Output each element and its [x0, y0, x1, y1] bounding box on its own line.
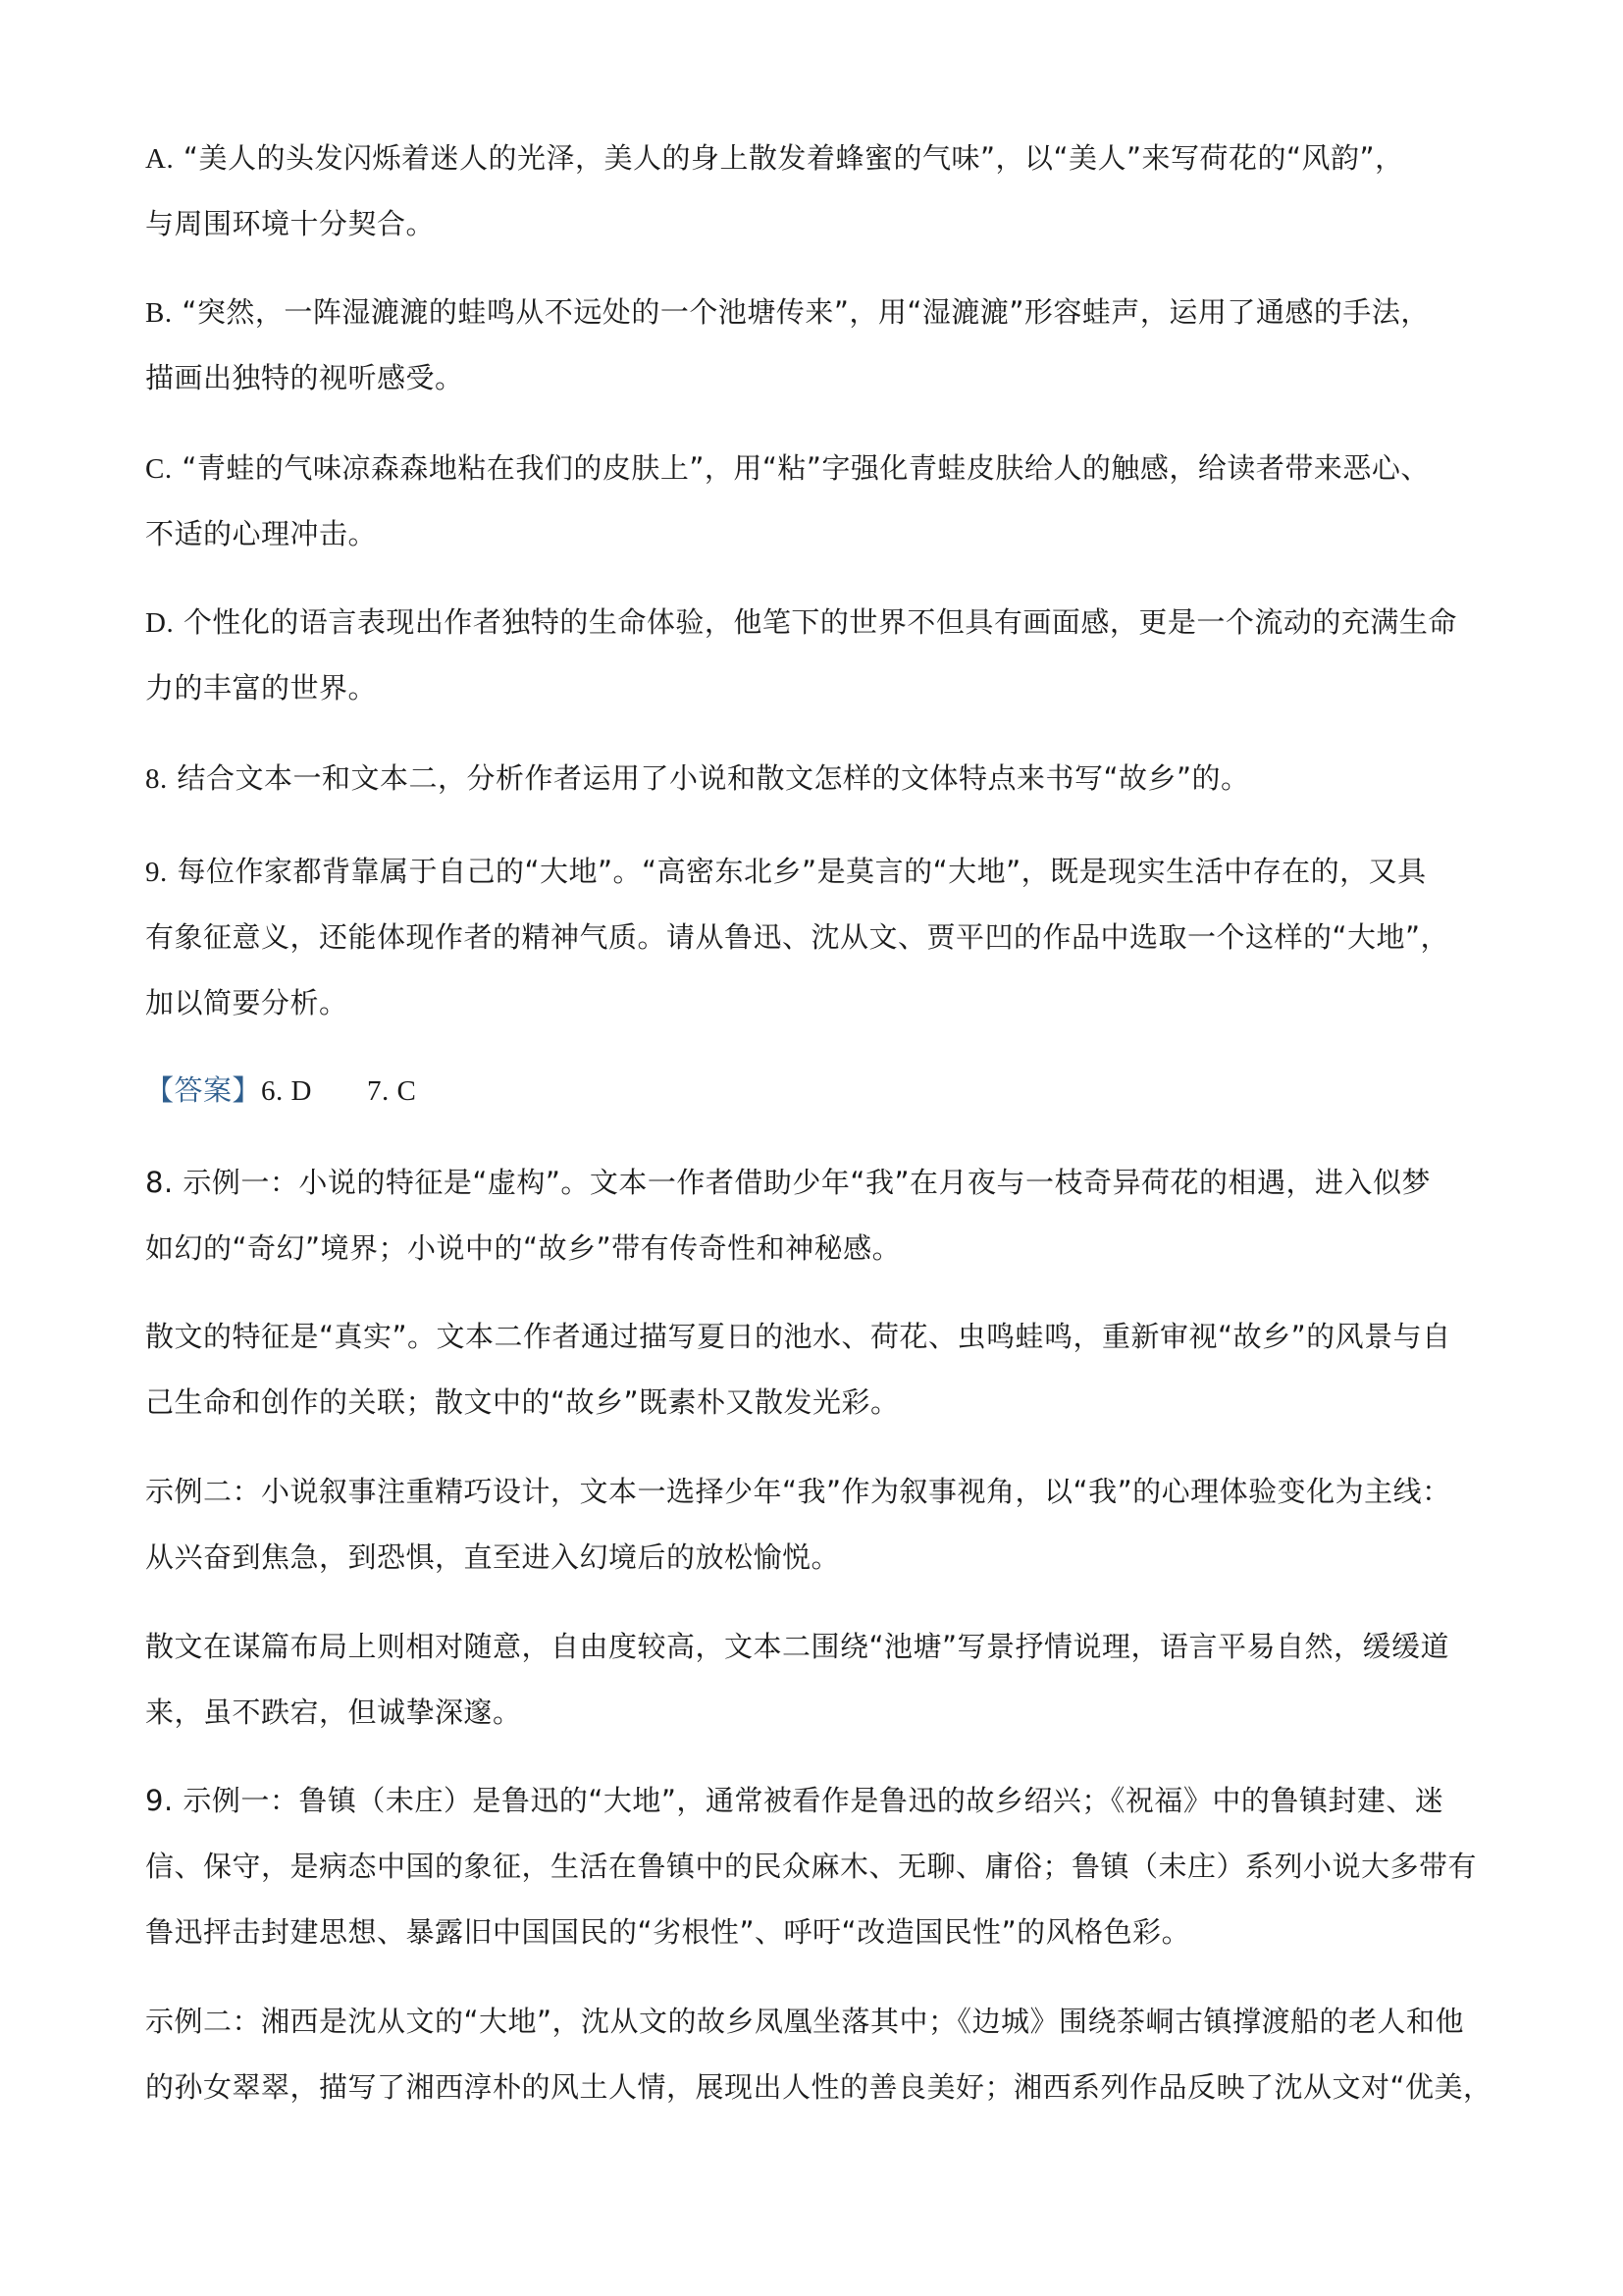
option-text: 个性化的语言表现出作者独特的生命体验，他笔下的世界不但具有画面感，更是一个流动的…: [183, 605, 1457, 639]
question-number: 8.: [145, 763, 168, 795]
explanation-8-prose-layout: 散文在谋篇布局上则相对随意，自由度较高，文本二围绕“池塘”写景抒情说理，语言平易…: [145, 1614, 1490, 1746]
answer-tag: 【答案】: [145, 1073, 261, 1107]
explanation-line: 8. 示例一：小说的特征是“虚构”。文本一作者借助少年“我”在月夜与一枝奇异荷花…: [145, 1150, 1490, 1216]
option-label: A.: [145, 143, 174, 175]
option-label: C.: [145, 453, 173, 485]
question-text: 每位作家都背靠属于自己的“大地”。“高密东北乡”是莫言的“大地”，既是现实生活中…: [177, 855, 1426, 888]
answer-item-6: 6. D: [261, 1075, 312, 1107]
answer-section: 【答案】6. D7. C: [145, 1058, 1490, 1123]
explanation-8-prose: 散文的特征是“真实”。文本二作者通过描写夏日的池水、荷花、虫鸣蛙鸣，重新审视“故…: [145, 1304, 1490, 1435]
explanation-line: 示例二：湘西是沈从文的“大地”，沈从文的故乡凤凰坐落其中；《边城》围绕茶峒古镇撑…: [145, 1989, 1490, 2055]
option-c: C. “青蛙的气味凉森森地粘在我们的皮肤上”，用“粘”字强化青蛙皮肤给人的触感，…: [145, 436, 1490, 567]
answer-item-7: 7. C: [367, 1075, 416, 1107]
question-text: 结合文本一和文本二，分析作者运用了小说和散文怎样的文体特点来书写“故乡”的。: [177, 761, 1249, 795]
option-b-line-2: 描画出独特的视听感受。: [145, 345, 1490, 411]
explanation-line: 己生命和创作的关联；散文中的“故乡”既素朴又散发光彩。: [145, 1370, 1490, 1435]
option-d-line-2: 力的丰富的世界。: [145, 655, 1490, 721]
explanation-line: 信、保守，是病态中国的象征，生活在鲁镇中的民众麻木、无聊、庸俗；鲁镇（未庄）系列…: [145, 1834, 1490, 1900]
question-number: 9.: [145, 857, 168, 888]
option-label: D.: [145, 607, 174, 639]
option-a-line-1: A. “美人的头发闪烁着迷人的光泽，美人的身上散发着蜂蜜的气味”，以“美人”来写…: [145, 126, 1490, 191]
option-c-line-2: 不适的心理冲击。: [145, 501, 1490, 567]
explanation-line: 来，虽不跌宕，但诚挚深邃。: [145, 1680, 1490, 1746]
explanation-line: 9. 示例一：鲁镇（未庄）是鲁迅的“大地”，通常被看作是鲁迅的故乡绍兴；《祝福》…: [145, 1768, 1490, 1834]
option-text: “青蛙的气味凉森森地粘在我们的皮肤上”，用“粘”字强化青蛙皮肤给人的触感，给读者…: [182, 451, 1430, 485]
option-d-line-1: D. 个性化的语言表现出作者独特的生命体验，他笔下的世界不但具有画面感，更是一个…: [145, 590, 1490, 655]
explanation-8-example-2: 示例二：小说叙事注重精巧设计，文本一选择少年“我”作为叙事视角，以“我”的心理体…: [145, 1459, 1490, 1591]
option-d: D. 个性化的语言表现出作者独特的生命体验，他笔下的世界不但具有画面感，更是一个…: [145, 590, 1490, 721]
option-label: B.: [145, 297, 173, 329]
question-8-line-1: 8. 结合文本一和文本二，分析作者运用了小说和散文怎样的文体特点来书写“故乡”的…: [145, 746, 1490, 811]
option-a-line-2: 与周围环境十分契合。: [145, 191, 1490, 257]
explanation-line: 如幻的“奇幻”境界；小说中的“故乡”带有传奇性和神秘感。: [145, 1216, 1490, 1281]
explanation-8-example-1: 8. 示例一：小说的特征是“虚构”。文本一作者借助少年“我”在月夜与一枝奇异荷花…: [145, 1150, 1490, 1281]
option-a: A. “美人的头发闪烁着迷人的光泽，美人的身上散发着蜂蜜的气味”，以“美人”来写…: [145, 126, 1490, 257]
explanation-line: 示例二：小说叙事注重精巧设计，文本一选择少年“我”作为叙事视角，以“我”的心理体…: [145, 1459, 1490, 1525]
explanation-line: 散文在谋篇布局上则相对随意，自由度较高，文本二围绕“池塘”写景抒情说理，语言平易…: [145, 1614, 1490, 1680]
question-9-line-3: 加以简要分析。: [145, 970, 1490, 1036]
option-text: “突然，一阵湿漉漉的蛙鸣从不远处的一个池塘传来”，用“湿漉漉”形容蛙声，运用了通…: [182, 295, 1430, 329]
option-b-line-1: B. “突然，一阵湿漉漉的蛙鸣从不远处的一个池塘传来”，用“湿漉漉”形容蛙声，运…: [145, 280, 1490, 345]
question-8: 8. 结合文本一和文本二，分析作者运用了小说和散文怎样的文体特点来书写“故乡”的…: [145, 746, 1490, 811]
question-9-line-2: 有象征意义，还能体现作者的精神气质。请从鲁迅、沈从文、贾平凹的作品中选取一个这样…: [145, 905, 1490, 970]
option-b: B. “突然，一阵湿漉漉的蛙鸣从不远处的一个池塘传来”，用“湿漉漉”形容蛙声，运…: [145, 280, 1490, 411]
option-text: “美人的头发闪烁着迷人的光泽，美人的身上散发着蜂蜜的气味”，以“美人”来写荷花的…: [183, 141, 1404, 175]
explanation-line: 散文的特征是“真实”。文本二作者通过描写夏日的池水、荷花、虫鸣蛙鸣，重新审视“故…: [145, 1304, 1490, 1370]
explanation-line: 从兴奋到焦急，到恐惧，直至进入幻境后的放松愉悦。: [145, 1525, 1490, 1591]
question-9-line-1: 9. 每位作家都背靠属于自己的“大地”。“高密东北乡”是莫言的“大地”，既是现实…: [145, 839, 1490, 905]
explanation-line: 鲁迅抨击封建思想、暴露旧中国国民的“劣根性”、呼吁“改造国民性”的风格色彩。: [145, 1900, 1490, 1965]
document-page: A. “美人的头发闪烁着迷人的光泽，美人的身上散发着蜂蜜的气味”，以“美人”来写…: [0, 0, 1623, 2296]
explanation-line: 的孙女翠翠，描写了湘西淳朴的风土人情，展现出人性的善良美好；湘西系列作品反映了沈…: [145, 2055, 1490, 2120]
question-9: 9. 每位作家都背靠属于自己的“大地”。“高密东北乡”是莫言的“大地”，既是现实…: [145, 839, 1490, 1036]
answer-line: 【答案】6. D7. C: [145, 1058, 1490, 1123]
explanation-9-example-2: 示例二：湘西是沈从文的“大地”，沈从文的故乡凤凰坐落其中；《边城》围绕茶峒古镇撑…: [145, 1989, 1490, 2120]
option-c-line-1: C. “青蛙的气味凉森森地粘在我们的皮肤上”，用“粘”字强化青蛙皮肤给人的触感，…: [145, 436, 1490, 501]
explanation-9-example-1: 9. 示例一：鲁镇（未庄）是鲁迅的“大地”，通常被看作是鲁迅的故乡绍兴；《祝福》…: [145, 1768, 1490, 1965]
